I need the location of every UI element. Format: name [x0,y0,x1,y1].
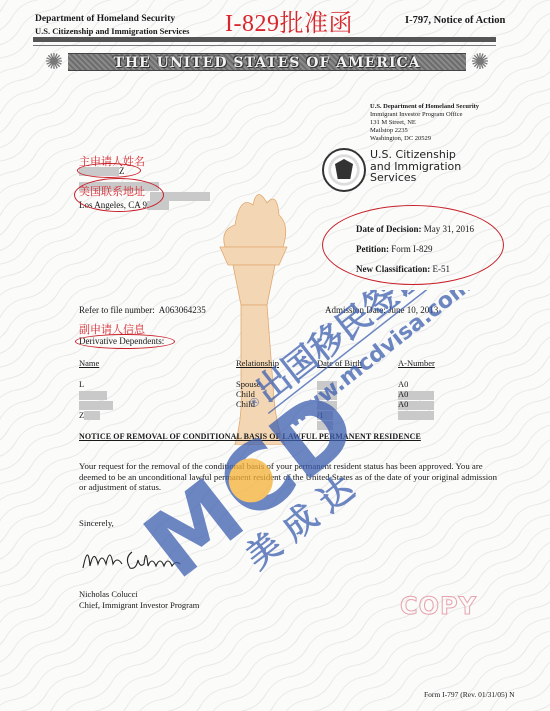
admission-date: Admission Date: June 10, 2013 [325,305,438,315]
header-department: Department of Homeland Security U.S. Cit… [35,13,189,37]
address-line: Immigrant Investor Program Office [370,111,479,119]
address-line: U.S. Department of Homeland Security [370,103,479,111]
annotation-ellipse [75,334,175,349]
annotation-ellipse [322,205,504,285]
header-rule-thin [33,45,496,46]
notice-body: Your request for the removal of the cond… [79,461,499,493]
annotation-title: I-829批准函 [225,3,353,38]
logo-line: U.S. Citizenship [370,149,461,161]
signer-name: Nicholas Colucci [79,589,199,600]
annotation-ellipse [74,178,164,212]
signer-block: Nicholas Colucci Chief, Immigrant Invest… [79,589,199,611]
department-name: Department of Homeland Security [35,13,189,25]
address-line: 131 M Street, NE [370,119,479,127]
annotation-ellipse [77,163,141,178]
signer-title: Chief, Immigrant Investor Program [79,600,199,611]
column-header-relationship: Relationship [236,358,279,368]
form-title: I-797, Notice of Action [405,15,505,26]
closing: Sincerely, [79,518,114,528]
rosette-left-icon: ✺ [40,50,68,74]
column-header-anumber: A-Number [398,358,435,368]
file-number: Refer to file number: A063064235 [79,305,206,315]
header-rule-thick [33,37,496,42]
agency-name: U.S. Citizenship and Immigration Service… [35,25,189,37]
address-line: Mailstop 2235 [370,127,479,135]
address-line: Washington, DC 20529 [370,135,479,143]
sender-address: U.S. Department of Homeland Security Imm… [370,103,479,143]
column-header-dob: Date of Birth [317,358,362,368]
banner-text: THE UNITED STATES OF AMERICA [68,53,466,71]
dhs-seal-icon [322,148,366,192]
statue-of-liberty-torch-icon [195,185,315,445]
form-footer: Form I-797 (Rev. 01/31/05) N [424,690,515,699]
usa-banner: ✺ THE UNITED STATES OF AMERICA ✺ [40,50,494,74]
notice-title: NOTICE OF REMOVAL OF CONDITIONAL BASIS O… [79,432,421,441]
uscis-logo-text: U.S. Citizenship and Immigration Service… [370,149,461,184]
rosette-right-icon: ✺ [466,50,494,74]
copy-stamp: COPY [400,592,477,620]
signature [80,538,190,574]
column-header-name: Name [79,358,99,368]
logo-line: Services [370,172,461,184]
